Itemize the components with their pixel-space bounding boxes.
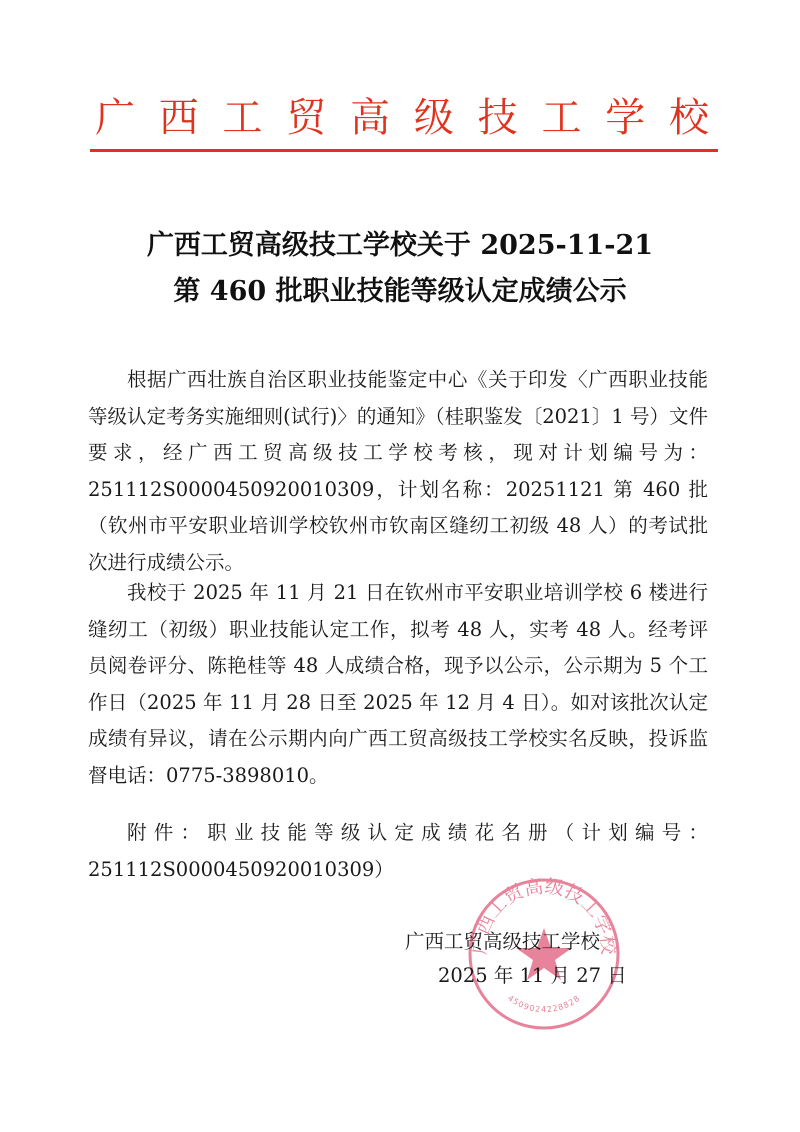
seal-code: 4509024228828 (506, 994, 582, 1015)
letterhead-divider (90, 149, 718, 152)
body-paragraph-1: 根据广西壮族自治区职业技能鉴定中心《关于印发〈广西职业技能等级认定考务实施细则(… (88, 362, 708, 581)
document-title-line1: 广西工贸高级技工学校关于 2025-11-21 (100, 226, 700, 266)
body-paragraph-2: 我校于 2025 年 11 月 21 日在钦州市平安职业培训学校 6 楼进行缝纫… (88, 575, 708, 794)
signature-org: 广西工贸高级技工学校 (405, 924, 600, 960)
signature-date: 2025 年 11 月 27 日 (438, 958, 627, 994)
svg-text:4509024228828: 4509024228828 (506, 994, 582, 1015)
letterhead-org-name: 广西工贸高级技工学校 (95, 88, 715, 148)
document-title-line2: 第 460 批职业技能等级认定成绩公示 (100, 272, 700, 312)
